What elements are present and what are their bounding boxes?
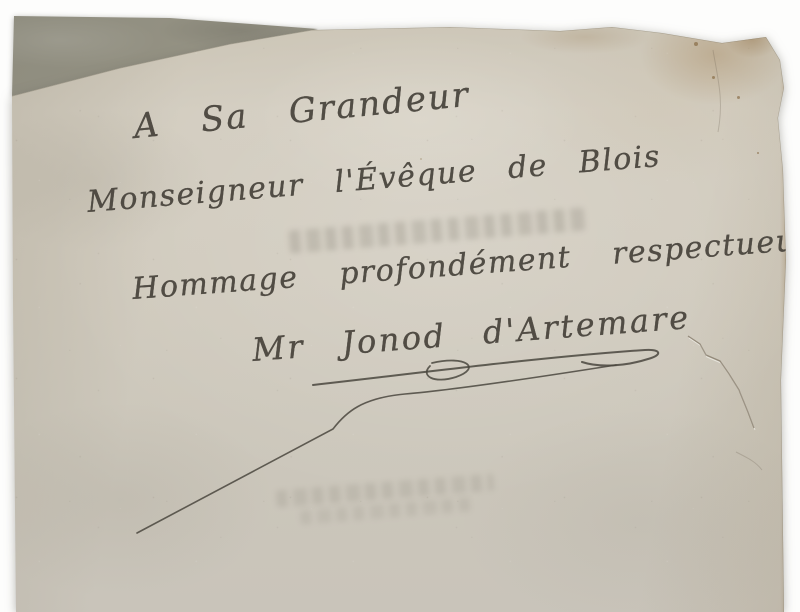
tear-highlight: [689, 338, 755, 430]
photo-of-dedication-page: A Sa Grandeur Monseigneur l'Évêque de Bl…: [0, 0, 800, 612]
stain-top-edge: [520, 20, 650, 54]
browned-right-edge: [780, 0, 790, 612]
paper-leaf: A Sa Grandeur Monseigneur l'Évêque de Bl…: [0, 0, 800, 612]
print-showthrough-lower: [276, 473, 495, 507]
print-showthrough-lower2: [300, 497, 476, 525]
foxing-spot: [757, 152, 759, 154]
dedication-line-1: A Sa Grandeur: [129, 75, 472, 147]
foxing-spot: [737, 96, 740, 99]
corner-crease: [713, 50, 721, 132]
paper-mottling: [0, 0, 800, 612]
foxing-spot: [420, 158, 422, 160]
handwriting-layer: A Sa Grandeur Monseigneur l'Évêque de Bl…: [0, 0, 800, 612]
tear-crease: [688, 336, 754, 428]
edge-crease: [736, 452, 762, 470]
paper-leaf-wrap: A Sa Grandeur Monseigneur l'Évêque de Bl…: [0, 0, 800, 612]
signature-underline-flourish: [313, 350, 658, 385]
foxing-spot: [712, 76, 715, 79]
foxing-spot: [694, 42, 698, 46]
paraph-tail-stroke: [137, 365, 616, 533]
stain-top-right: [640, 5, 790, 105]
dedication-line-2: Monseigneur l'Évêque de Blois: [85, 138, 662, 220]
signature-line: Mr Jonod d'Artemare: [250, 298, 692, 369]
page-edge-outline: [12, 27, 786, 612]
dedication-line-3: Hommage profondément respectueux: [130, 222, 800, 307]
signature-loop-flourish: [427, 361, 469, 380]
stain-corner: [725, 18, 780, 58]
paper-grain: [0, 0, 800, 612]
print-showthrough-upper: [289, 207, 586, 253]
